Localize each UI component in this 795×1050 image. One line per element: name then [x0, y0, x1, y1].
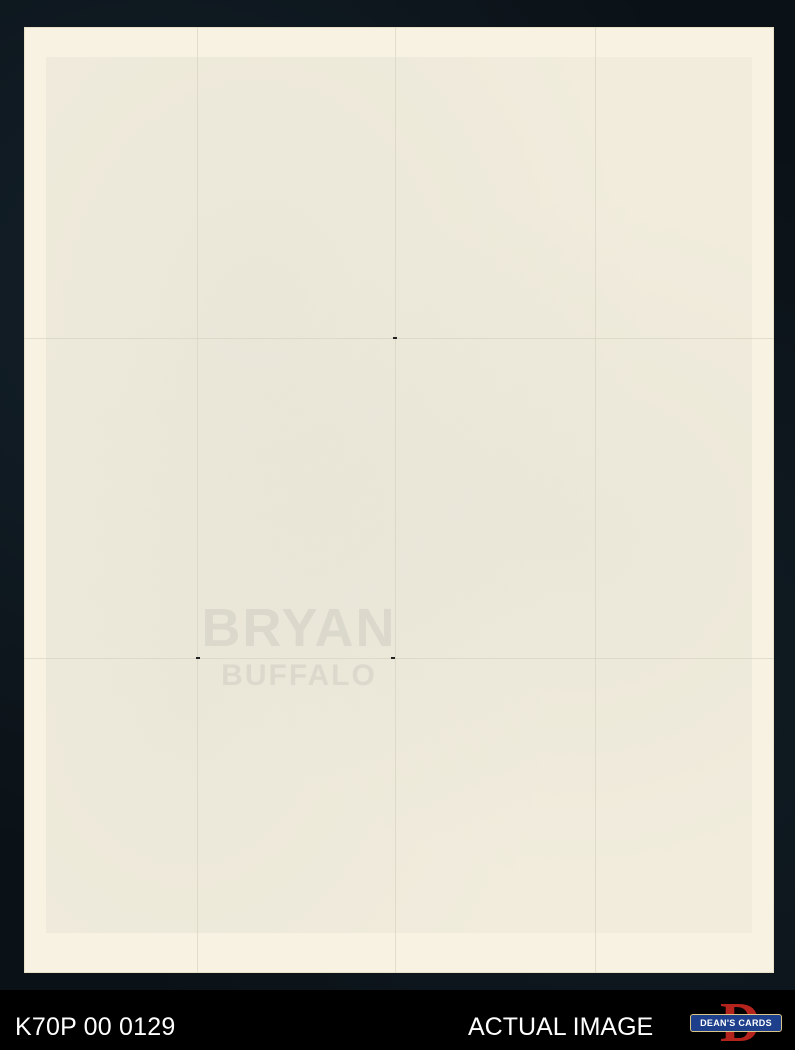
fold-line-horizontal-1 — [24, 338, 774, 339]
fold-line-vertical-1 — [197, 27, 198, 973]
fold-line-horizontal-2 — [24, 658, 774, 659]
fold-mark — [391, 657, 395, 659]
fold-line-vertical-2 — [395, 27, 396, 973]
actual-image-label: ACTUAL IMAGE — [468, 1013, 653, 1042]
bleed-through-text: BRYAN BUFFALO — [134, 597, 464, 693]
bleed-through-line-3: BUFFALO — [134, 659, 464, 693]
fold-mark — [393, 337, 397, 339]
card-back-image: BRYAN BUFFALO — [24, 27, 774, 973]
logo-banner: DEAN'S CARDS — [690, 1014, 782, 1032]
bleed-through-line-2: BRYAN — [134, 597, 464, 659]
bleed-through-artwork — [46, 57, 752, 933]
fold-mark — [196, 657, 200, 659]
fold-line-vertical-3 — [595, 27, 596, 973]
deans-cards-logo: D DEAN'S CARDS — [690, 1000, 782, 1046]
sku-label: K70P 00 0129 — [15, 1013, 175, 1042]
